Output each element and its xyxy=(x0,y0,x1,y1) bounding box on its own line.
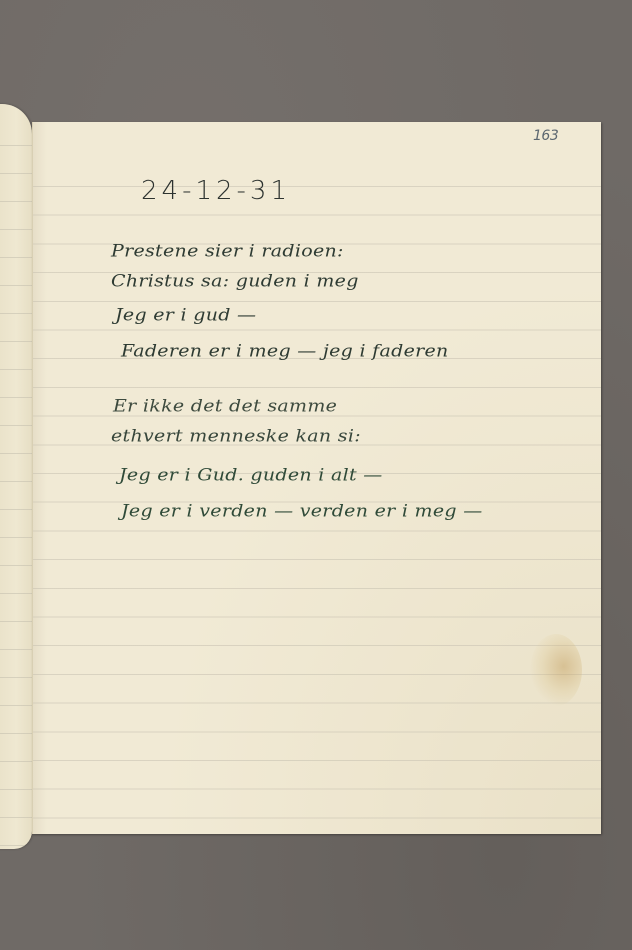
text-line-4: Faderen er i meg — jeg i faderen xyxy=(121,341,449,361)
page-number: 163 xyxy=(533,128,558,144)
entry-date: 24-12-31 xyxy=(141,176,291,206)
text-line-1: Prestene sier i radioen: xyxy=(111,241,344,261)
text-line-2: Christus sa: guden i meg xyxy=(111,271,359,291)
notebook-page: 163 24-12-31 Prestene sier i radioen: Ch… xyxy=(32,122,601,834)
text-line-3: Jeg er i gud — xyxy=(115,305,256,325)
water-stain xyxy=(530,634,582,706)
text-line-7: Jeg er i Gud. guden i alt — xyxy=(119,465,383,485)
text-line-8: Jeg er i verden — verden er i meg — xyxy=(121,501,483,521)
left-page-rules xyxy=(0,104,32,849)
left-page-edge xyxy=(0,104,32,849)
text-line-5: Er ikke det det samme xyxy=(113,396,337,416)
text-line-6: ethvert menneske kan si: xyxy=(111,426,361,446)
